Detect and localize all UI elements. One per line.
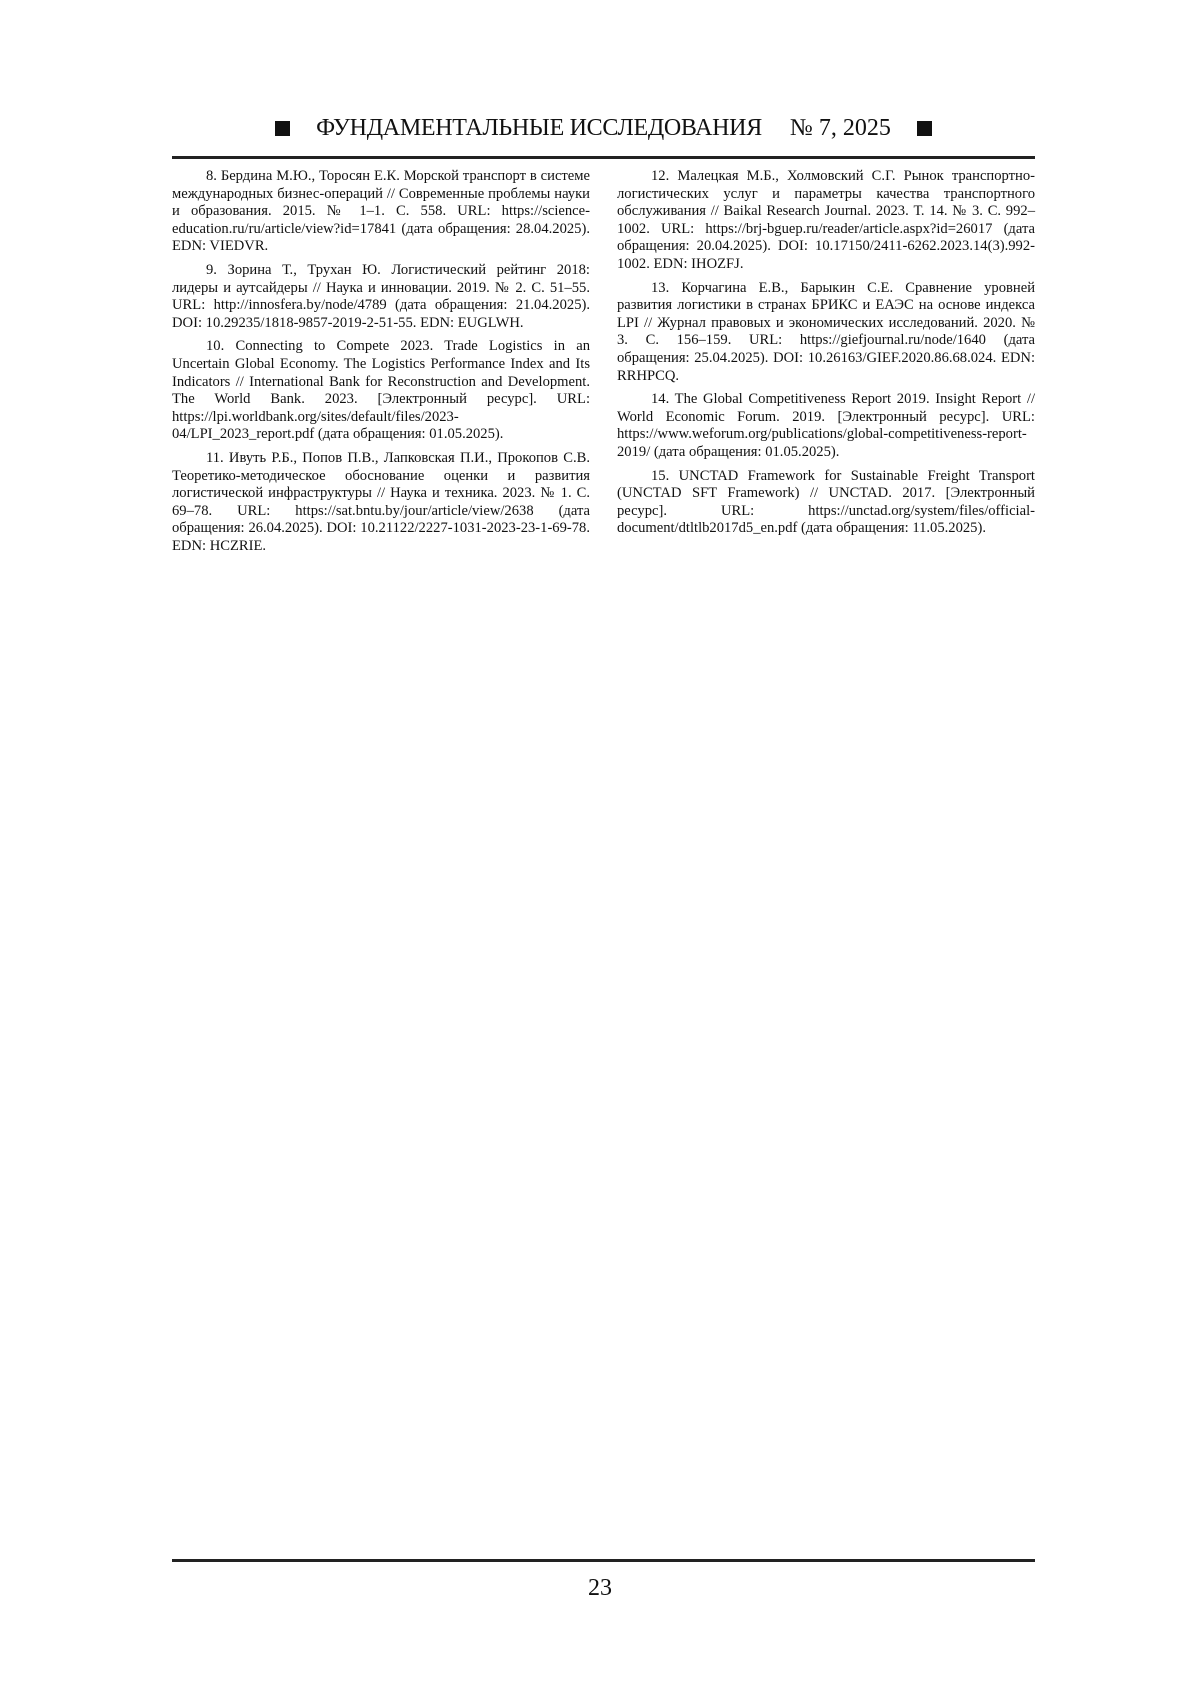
reference-item: 12. Малецкая М.Б., Холмовский С.Г. Рынок…: [617, 168, 1035, 274]
journal-title: ФУНДАМЕНТАЛЬНЫЕ ИССЛЕДОВАНИЯ: [316, 115, 762, 142]
reference-item: 13. Корчагина Е.В., Барыкин С.Е. Сравнен…: [617, 280, 1035, 386]
issue-number: № 7, 2025: [790, 115, 891, 142]
header-rule: [172, 156, 1035, 159]
reference-item: 14. The Global Competitiveness Report 20…: [617, 391, 1035, 461]
square-bullet-icon: [917, 121, 932, 136]
reference-item: 9. Зорина Т., Трухан Ю. Логистический ре…: [172, 262, 590, 332]
reference-item: 11. Ивуть Р.Б., Попов П.В., Лапковская П…: [172, 450, 590, 556]
square-bullet-icon: [275, 121, 290, 136]
footer-rule: [172, 1559, 1035, 1562]
reference-item: 15. UNCTAD Framework for Sustainable Fre…: [617, 468, 1035, 538]
page-number: 23: [0, 1575, 1200, 1602]
references-right-column: 12. Малецкая М.Б., Холмовский С.Г. Рынок…: [617, 168, 1035, 544]
reference-item: 8. Бердина М.Ю., Торосян Е.К. Морской тр…: [172, 168, 590, 256]
reference-item: 10. Connecting to Compete 2023. Trade Lo…: [172, 338, 590, 444]
running-header: ФУНДАМЕНТАЛЬНЫЕ ИССЛЕДОВАНИЯ № 7, 2025: [172, 110, 1035, 146]
references-left-column: 8. Бердина М.Ю., Торосян Е.К. Морской тр…: [172, 168, 590, 561]
